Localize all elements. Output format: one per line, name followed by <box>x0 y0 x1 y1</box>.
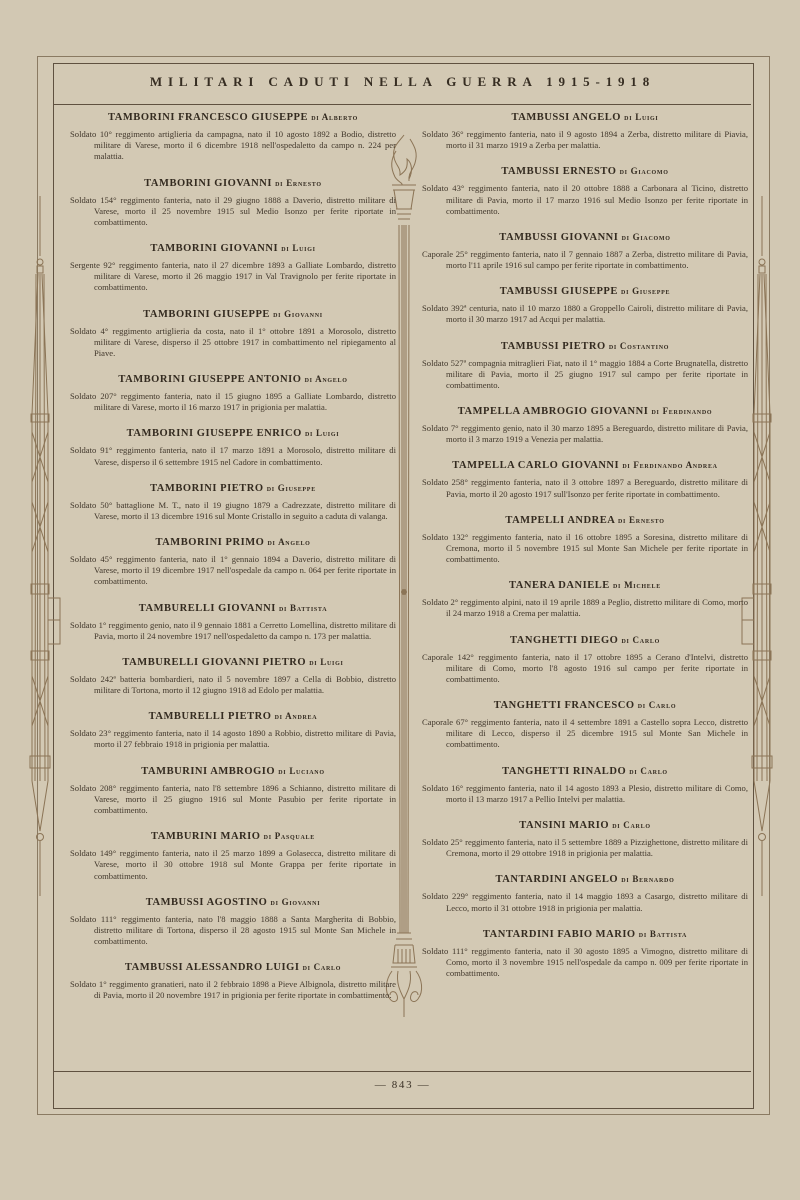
entry-father: di Ferdinando <box>652 406 713 416</box>
entry-body: Soldato 154° reggimento fanteria, nato i… <box>70 195 396 229</box>
entry-body: Soldato 111° reggimento fanteria, nato i… <box>422 946 748 980</box>
entries-area: TAMBORINI FRANCESCO GIUSEPPE di Alberto … <box>70 112 748 1067</box>
entry-body: Soldato 7° reggimento genio, nato il 30 … <box>422 423 748 445</box>
entry-name: TAMBURELLI GIOVANNI PIETRO <box>122 657 306 668</box>
entry-father: di Giacomo <box>620 166 669 176</box>
entry-father: di Luigi <box>305 428 339 438</box>
entry-father: di Battista <box>279 603 327 613</box>
entry-name: TAMPELLA AMBROGIO GIOVANNI <box>458 406 649 417</box>
bound-spear-ornament-left <box>18 196 62 896</box>
title-divider-rule <box>54 104 751 105</box>
entry-name: TAMBUSSI GIUSEPPE <box>500 286 618 297</box>
entry-heading: TAMBUSSI ANGELO di Luigi <box>422 112 748 123</box>
left-column: TAMBORINI FRANCESCO GIUSEPPE di Alberto … <box>70 112 396 1067</box>
entry-heading: TAMBUSSI ALESSANDRO LUIGI di Carlo <box>70 962 396 973</box>
entry-father: di Luigi <box>281 243 315 253</box>
entry-heading: TANTARDINI FABIO MARIO di Battista <box>422 929 748 940</box>
entry-heading: TANTARDINI ANGELO di Bernardo <box>422 874 748 885</box>
entry-father: di Battista <box>639 929 687 939</box>
entry-body: Soldato 229° reggimento fanteria, nato i… <box>422 891 748 913</box>
casualty-entry: TAMBUSSI GIUSEPPE di Giuseppe Soldato 39… <box>422 286 748 325</box>
entry-name: TANSINI MARIO <box>519 820 609 831</box>
entry-father: di Alberto <box>311 112 358 122</box>
entry-body: Soldato 23° reggimento fanteria, nato il… <box>70 728 396 750</box>
entry-body: Soldato 242ª batteria bombardieri, nato … <box>70 674 396 696</box>
casualty-entry: TAMBURELLI GIOVANNI PIETRO di Luigi Sold… <box>70 657 396 696</box>
casualty-entry: TAMBUSSI ANGELO di Luigi Soldato 36° reg… <box>422 112 748 151</box>
entry-body: Soldato 10° reggimento artiglieria da ca… <box>70 129 396 163</box>
entry-name: TAMBUSSI ERNESTO <box>501 166 616 177</box>
entry-father: di Carlo <box>303 962 342 972</box>
entry-body: Soldato 258° reggimento fanteria, nato i… <box>422 477 748 499</box>
entry-name: TAMBURELLI PIETRO <box>149 711 272 722</box>
casualty-entry: TANGHETTI RINALDO di Carlo Soldato 16° r… <box>422 766 748 805</box>
casualty-entry: TAMPELLA CARLO GIOVANNI di Ferdinando An… <box>422 460 748 499</box>
entry-name: TAMBORINI GIUSEPPE <box>143 309 270 320</box>
entry-heading: TAMBUSSI ERNESTO di Giacomo <box>422 166 748 177</box>
book-page: MILITARI CADUTI NELLA GUERRA 1915-1918 <box>0 0 800 1200</box>
page-number: — 843 — <box>54 1079 751 1091</box>
entry-heading: TAMBURINI AMBROGIO di Luciano <box>70 766 396 777</box>
folio-divider-rule <box>54 1071 751 1072</box>
entry-father: di Ernesto <box>618 515 665 525</box>
casualty-entry: TAMBORINI FRANCESCO GIUSEPPE di Alberto … <box>70 112 396 163</box>
entry-heading: TAMBORINI FRANCESCO GIUSEPPE di Alberto <box>70 112 396 123</box>
entry-name: TANGHETTI RINALDO <box>502 766 626 777</box>
casualty-entry: TAMBURELLI GIOVANNI di Battista Soldato … <box>70 603 396 642</box>
entry-heading: TAMBORINI GIUSEPPE ANTONIO di Angelo <box>70 374 396 385</box>
right-column: TAMBUSSI ANGELO di Luigi Soldato 36° reg… <box>422 112 748 1067</box>
entry-body: Soldato 207° reggimento fanteria, nato i… <box>70 391 396 413</box>
entry-father: di Andrea <box>275 711 318 721</box>
entry-name: TAMBORINI GIUSEPPE ENRICO <box>127 428 302 439</box>
entry-heading: TANGHETTI DIEGO di Carlo <box>422 635 748 646</box>
entry-father: di Luigi <box>309 657 343 667</box>
entry-heading: TAMBURELLI GIOVANNI di Battista <box>70 603 396 614</box>
casualty-entry: TAMBUSSI PIETRO di Costantino Soldato 52… <box>422 341 748 392</box>
entry-heading: TAMBORINI PIETRO di Giuseppe <box>70 483 396 494</box>
entry-father: di Angelo <box>267 537 310 547</box>
entry-body: Soldato 4° reggimento artiglieria da cos… <box>70 326 396 360</box>
entry-father: di Costantino <box>609 341 669 351</box>
casualty-entry: TANTARDINI FABIO MARIO di Battista Solda… <box>422 929 748 980</box>
casualty-entry: TAMBORINI GIOVANNI di Luigi Sergente 92°… <box>70 243 396 294</box>
entry-father: di Carlo <box>629 766 668 776</box>
entry-heading: TAMBURELLI GIOVANNI PIETRO di Luigi <box>70 657 396 668</box>
entry-name: TAMBURELLI GIOVANNI <box>139 603 276 614</box>
entry-name: TAMBURINI AMBROGIO <box>141 766 275 777</box>
entry-father: di Ernesto <box>275 178 322 188</box>
entry-body: Caporale 25° reggimento fanteria, nato i… <box>422 249 748 271</box>
entry-name: TAMBORINI GIOVANNI <box>150 243 278 254</box>
entry-father: di Carlo <box>638 700 677 710</box>
entry-body: Sergente 92° reggimento fanteria, nato i… <box>70 260 396 294</box>
casualty-entry: TAMBORINI GIUSEPPE ANTONIO di Angelo Sol… <box>70 374 396 413</box>
entry-name: TAMBUSSI ANGELO <box>511 112 621 123</box>
entry-body: Soldato 45° reggimento fanteria, nato il… <box>70 554 396 588</box>
entry-heading: TAMBUSSI AGOSTINO di Giovanni <box>70 897 396 908</box>
casualty-entry: TAMBURINI MARIO di Pasquale Soldato 149°… <box>70 831 396 882</box>
entry-father: di Giuseppe <box>621 286 670 296</box>
entry-body: Soldato 392ª centuria, nato il 10 marzo … <box>422 303 748 325</box>
casualty-entry: TAMPELLI ANDREA di Ernesto Soldato 132° … <box>422 515 748 566</box>
entry-body: Soldato 208° reggimento fanteria, nato l… <box>70 783 396 817</box>
casualty-entry: TAMBURINI AMBROGIO di Luciano Soldato 20… <box>70 766 396 817</box>
entry-body: Soldato 1° reggimento granatieri, nato i… <box>70 979 396 1001</box>
entry-name: TAMBURINI MARIO <box>151 831 260 842</box>
entry-name: TAMBORINI FRANCESCO GIUSEPPE <box>108 112 308 123</box>
entry-heading: TAMBORINI PRIMO di Angelo <box>70 537 396 548</box>
entry-body: Soldato 50° battaglione M. T., nato il 1… <box>70 500 396 522</box>
casualty-entry: TAMBORINI PIETRO di Giuseppe Soldato 50°… <box>70 483 396 522</box>
entry-heading: TAMBUSSI GIUSEPPE di Giuseppe <box>422 286 748 297</box>
entry-body: Soldato 36° reggimento fanteria, nato il… <box>422 129 748 151</box>
entry-body: Soldato 527ª compagnia mitraglieri Fiat,… <box>422 358 748 392</box>
casualty-entry: TANGHETTI FRANCESCO di Carlo Caporale 67… <box>422 700 748 751</box>
entry-heading: TAMBURINI MARIO di Pasquale <box>70 831 396 842</box>
entry-heading: TANSINI MARIO di Carlo <box>422 820 748 831</box>
casualty-entry: TANTARDINI ANGELO di Bernardo Soldato 22… <box>422 874 748 913</box>
casualty-entry: TAMBORINI GIUSEPPE di Giovanni Soldato 4… <box>70 309 396 360</box>
entry-heading: TAMPELLA CARLO GIOVANNI di Ferdinando An… <box>422 460 748 471</box>
entry-name: TAMBUSSI GIOVANNI <box>499 232 618 243</box>
entry-heading: TAMPELLI ANDREA di Ernesto <box>422 515 748 526</box>
casualty-entry: TAMBORINI GIUSEPPE ENRICO di Luigi Solda… <box>70 428 396 467</box>
page-title: MILITARI CADUTI NELLA GUERRA 1915-1918 <box>54 74 751 90</box>
casualty-entry: TAMBUSSI GIOVANNI di Giacomo Caporale 25… <box>422 232 748 271</box>
entry-name: TAMBUSSI PIETRO <box>501 341 606 352</box>
entry-father: di Carlo <box>612 820 651 830</box>
casualty-entry: TAMBUSSI ALESSANDRO LUIGI di Carlo Solda… <box>70 962 396 1001</box>
entry-body: Soldato 16° reggimento fanteria, nato il… <box>422 783 748 805</box>
entry-body: Soldato 43° reggimento fanteria, nato il… <box>422 183 748 217</box>
entry-heading: TANERA DANIELE di Michele <box>422 580 748 591</box>
entry-body: Caporale 142° reggimento fanteria, nato … <box>422 652 748 686</box>
entry-heading: TAMBORINI GIOVANNI di Ernesto <box>70 178 396 189</box>
entry-heading: TAMBORINI GIUSEPPE di Giovanni <box>70 309 396 320</box>
entry-name: TAMBUSSI AGOSTINO <box>146 897 268 908</box>
entry-father: di Ferdinando Andrea <box>622 460 717 470</box>
entry-name: TAMBORINI GIUSEPPE ANTONIO <box>118 374 301 385</box>
entry-name: TAMPELLA CARLO GIOVANNI <box>452 460 619 471</box>
entry-body: Caporale 67° reggimento fanteria, nato i… <box>422 717 748 751</box>
casualty-entry: TAMBUSSI ERNESTO di Giacomo Soldato 43° … <box>422 166 748 217</box>
entry-body: Soldato 132° reggimento fanteria, nato i… <box>422 532 748 566</box>
entry-father: di Carlo <box>621 635 660 645</box>
entry-heading: TANGHETTI FRANCESCO di Carlo <box>422 700 748 711</box>
casualty-entry: TAMBORINI GIOVANNI di Ernesto Soldato 15… <box>70 178 396 229</box>
entry-father: di Giovanni <box>271 897 321 907</box>
entry-body: Soldato 91° reggimento fanteria, nato il… <box>70 445 396 467</box>
entry-heading: TAMPELLA AMBROGIO GIOVANNI di Ferdinando <box>422 406 748 417</box>
entry-heading: TAMBUSSI PIETRO di Costantino <box>422 341 748 352</box>
entry-father: di Bernardo <box>621 874 674 884</box>
entry-name: TAMPELLI ANDREA <box>505 515 615 526</box>
entry-father: di Giacomo <box>622 232 671 242</box>
entry-father: di Giuseppe <box>267 483 316 493</box>
entry-body: Soldato 25° reggimento fanteria, nato il… <box>422 837 748 859</box>
casualty-entry: TANSINI MARIO di Carlo Soldato 25° reggi… <box>422 820 748 859</box>
entry-heading: TAMBORINI GIUSEPPE ENRICO di Luigi <box>70 428 396 439</box>
entry-name: TANGHETTI FRANCESCO <box>494 700 635 711</box>
entry-heading: TANGHETTI RINALDO di Carlo <box>422 766 748 777</box>
entry-name: TAMBORINI PRIMO <box>155 537 264 548</box>
casualty-entry: TAMBURELLI PIETRO di Andrea Soldato 23° … <box>70 711 396 750</box>
entry-heading: TAMBUSSI GIOVANNI di Giacomo <box>422 232 748 243</box>
entry-name: TAMBUSSI ALESSANDRO LUIGI <box>125 962 300 973</box>
casualty-entry: TANERA DANIELE di Michele Soldato 2° reg… <box>422 580 748 619</box>
casualty-entry: TAMBORINI PRIMO di Angelo Soldato 45° re… <box>70 537 396 588</box>
entry-father: di Luigi <box>624 112 658 122</box>
entry-body: Soldato 1° reggimento genio, nato il 9 g… <box>70 620 396 642</box>
entry-heading: TAMBORINI GIOVANNI di Luigi <box>70 243 396 254</box>
entry-name: TANTARDINI ANGELO <box>496 874 619 885</box>
entry-father: di Luciano <box>278 766 324 776</box>
entry-body: Soldato 2° reggimento alpini, nato il 19… <box>422 597 748 619</box>
entry-name: TAMBORINI PIETRO <box>150 483 264 494</box>
casualty-entry: TAMPELLA AMBROGIO GIOVANNI di Ferdinando… <box>422 406 748 445</box>
entry-father: di Michele <box>613 580 661 590</box>
entry-heading: TAMBURELLI PIETRO di Andrea <box>70 711 396 722</box>
entry-body: Soldato 111° reggimento fanteria, nato l… <box>70 914 396 948</box>
casualty-entry: TAMBUSSI AGOSTINO di Giovanni Soldato 11… <box>70 897 396 948</box>
entry-name: TANGHETTI DIEGO <box>510 635 618 646</box>
entry-name: TANTARDINI FABIO MARIO <box>483 929 636 940</box>
casualty-entry: TANGHETTI DIEGO di Carlo Caporale 142° r… <box>422 635 748 686</box>
entry-name: TAMBORINI GIOVANNI <box>144 178 272 189</box>
entry-name: TANERA DANIELE <box>509 580 610 591</box>
entry-father: di Pasquale <box>264 831 315 841</box>
entry-body: Soldato 149° reggimento fanteria, nato i… <box>70 848 396 882</box>
entry-father: di Giovanni <box>273 309 323 319</box>
entry-father: di Angelo <box>305 374 348 384</box>
